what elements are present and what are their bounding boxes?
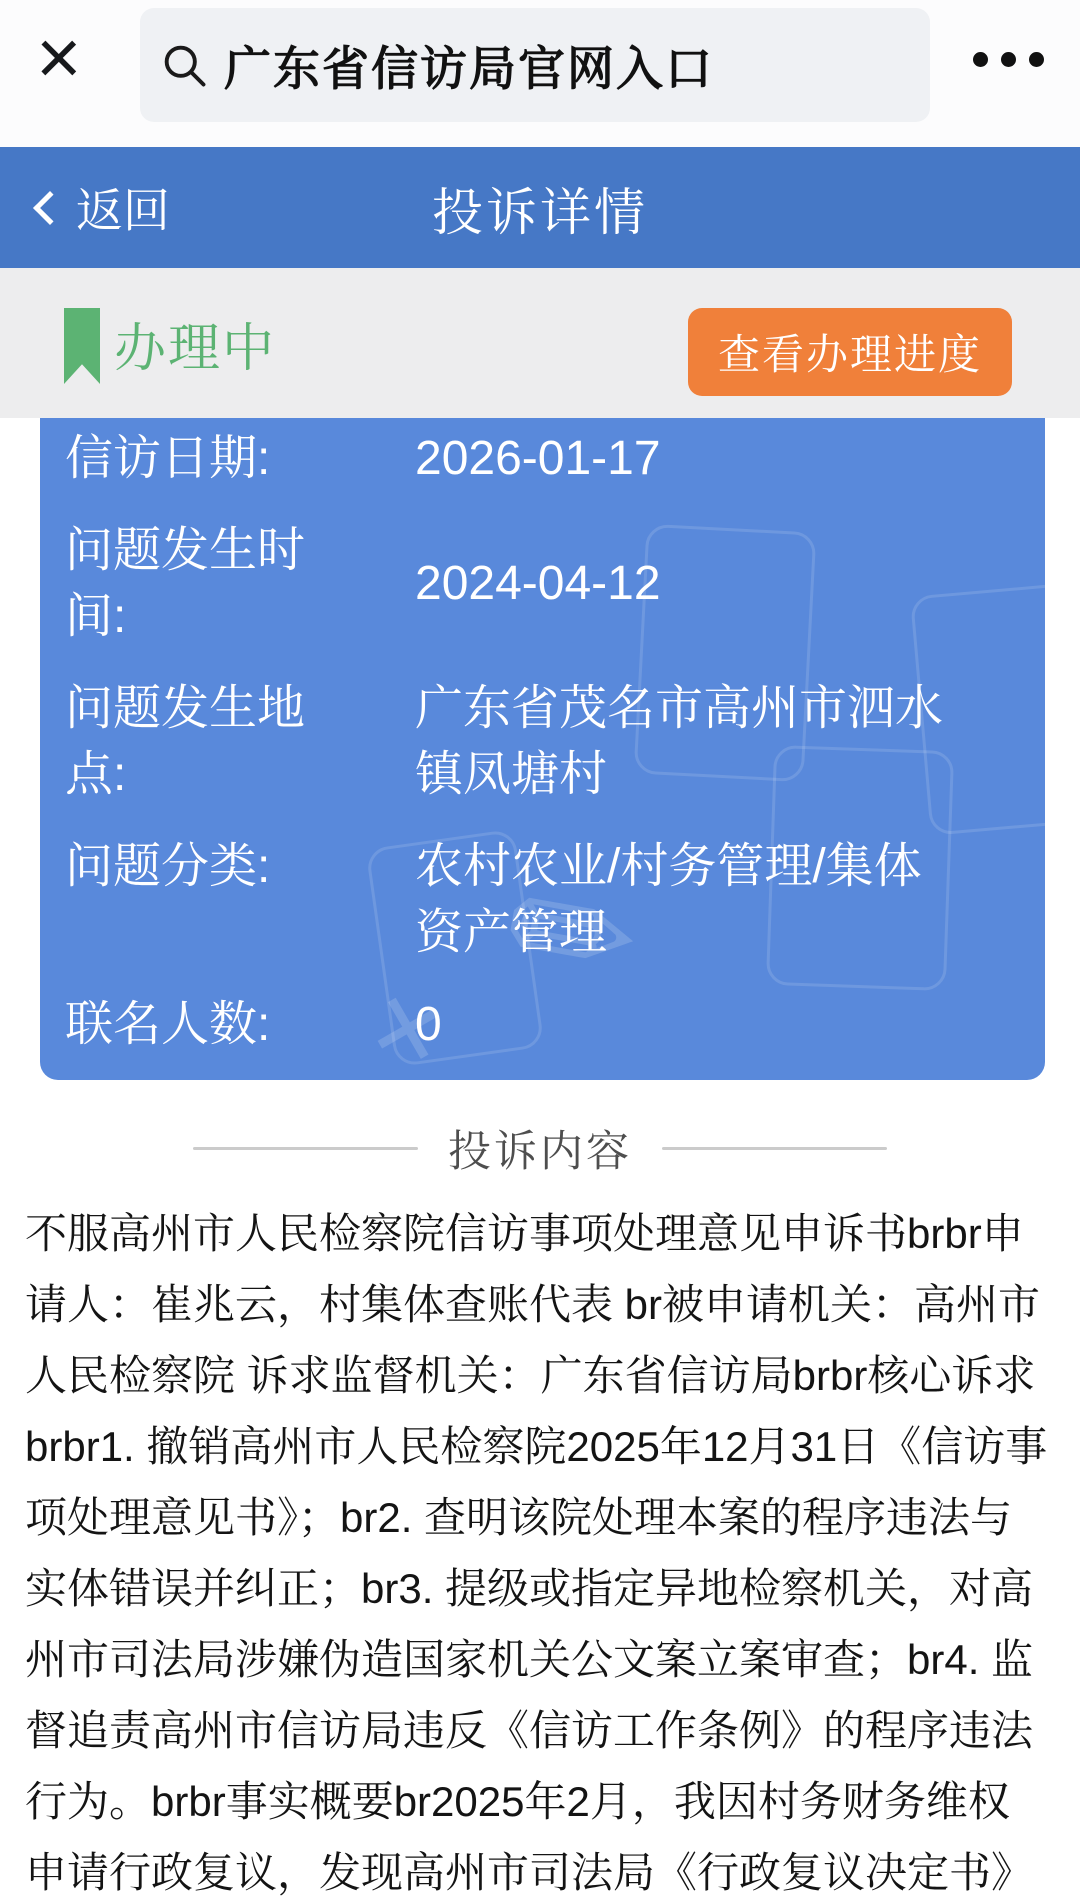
content-divider: 投诉内容	[0, 1118, 1080, 1178]
close-icon[interactable]: ×	[36, 2, 82, 112]
back-label: 返回	[76, 174, 170, 241]
divider-title: 投诉内容	[448, 1118, 632, 1179]
more-dot	[1029, 52, 1044, 67]
field-value: 0	[415, 992, 960, 1058]
back-chevron-icon	[33, 191, 67, 225]
more-dot	[973, 52, 988, 67]
status-indicator: 办理中	[64, 302, 276, 384]
page-title: 投诉详情	[432, 171, 648, 245]
card-fields: 信访日期: 2026-01-17 问题发生时间: 2024-04-12 问题发生…	[65, 426, 1045, 1058]
status-label: 办理中	[114, 306, 276, 381]
field-label: 问题发生地点:	[65, 676, 325, 808]
card-field-row: 问题发生地点: 广东省茂名市高州市泗水镇凤塘村	[65, 676, 1045, 808]
page: × 广东省信访局官网入口 返回 投诉详情 办理中 查看办理进度	[0, 0, 1080, 1903]
bookmark-icon	[64, 308, 100, 384]
field-label: 问题发生时间:	[65, 518, 325, 650]
card-field-row: 信访日期: 2026-01-17	[65, 426, 1045, 492]
browser-topbar: × 广东省信访局官网入口	[0, 0, 1080, 147]
more-icon[interactable]	[973, 52, 1044, 67]
search-icon	[158, 39, 210, 91]
search-bar[interactable]: 广东省信访局官网入口	[140, 8, 930, 122]
divider-line-right	[662, 1147, 887, 1150]
field-label: 问题分类:	[65, 834, 325, 966]
detail-card: ✎ ✕ 信访日期: 2026-01-17 问题发生时间: 2024-04-12 …	[40, 418, 1045, 1080]
field-label: 信访日期:	[65, 426, 325, 492]
card-field-row: 联名人数: 0	[65, 992, 1045, 1058]
view-progress-button[interactable]: 查看办理进度	[688, 308, 1012, 396]
field-value: 2024-04-12	[415, 551, 960, 617]
nav-bar: 返回 投诉详情	[0, 147, 1080, 268]
search-query: 广东省信访局官网入口	[224, 32, 714, 99]
field-value: 农村农业/村务管理/集体资产管理	[415, 834, 960, 966]
field-value: 2026-01-17	[415, 426, 960, 492]
field-value: 广东省茂名市高州市泗水镇凤塘村	[415, 676, 960, 808]
back-button[interactable]: 返回	[38, 174, 170, 241]
field-label: 联名人数:	[65, 992, 325, 1058]
card-field-row: 问题分类: 农村农业/村务管理/集体资产管理	[65, 834, 1045, 966]
more-dot	[1001, 52, 1016, 67]
card-field-row: 问题发生时间: 2024-04-12	[65, 518, 1045, 650]
status-bar: 办理中 查看办理进度	[0, 268, 1080, 418]
divider-line-left	[193, 1147, 418, 1150]
complaint-text: 不服高州市人民检察院信访事项处理意见申诉书brbr申 请人：崔兆云，村集体查账代…	[0, 1198, 1080, 1903]
